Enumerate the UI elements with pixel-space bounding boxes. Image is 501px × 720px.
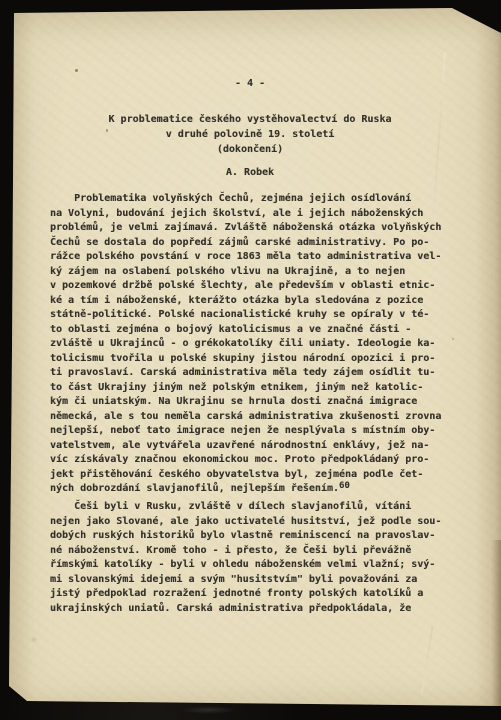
scanned-page-photo: - 4 - K problematice českého vystěhovale…	[0, 0, 501, 720]
article-title-line-1: K problematice českého vystěhovalectví d…	[50, 112, 450, 127]
document-body: Problematika volyňských Čechů, zejména j…	[50, 192, 450, 616]
paragraph-text: Češi byli v Rusku, zvláště v dílech slav…	[50, 501, 441, 614]
background-smudge	[182, 706, 236, 714]
paragraph: Problematika volyňských Čechů, zejména j…	[50, 192, 450, 497]
article-title: K problematice českého vystěhovalectví d…	[50, 112, 450, 158]
footnote-reference: 60	[339, 481, 350, 491]
paragraph: Češi byli v Rusku, zvláště v dílech slav…	[50, 500, 450, 616]
article-title-line-3: (dokončení)	[50, 142, 450, 157]
page-number: - 4 -	[50, 78, 450, 89]
paragraph-text: Problematika volyňských Čechů, zejména j…	[50, 193, 441, 494]
article-title-line-2: v druhé polovině 19. století	[50, 127, 450, 142]
author-name: A. Robek	[50, 167, 450, 178]
